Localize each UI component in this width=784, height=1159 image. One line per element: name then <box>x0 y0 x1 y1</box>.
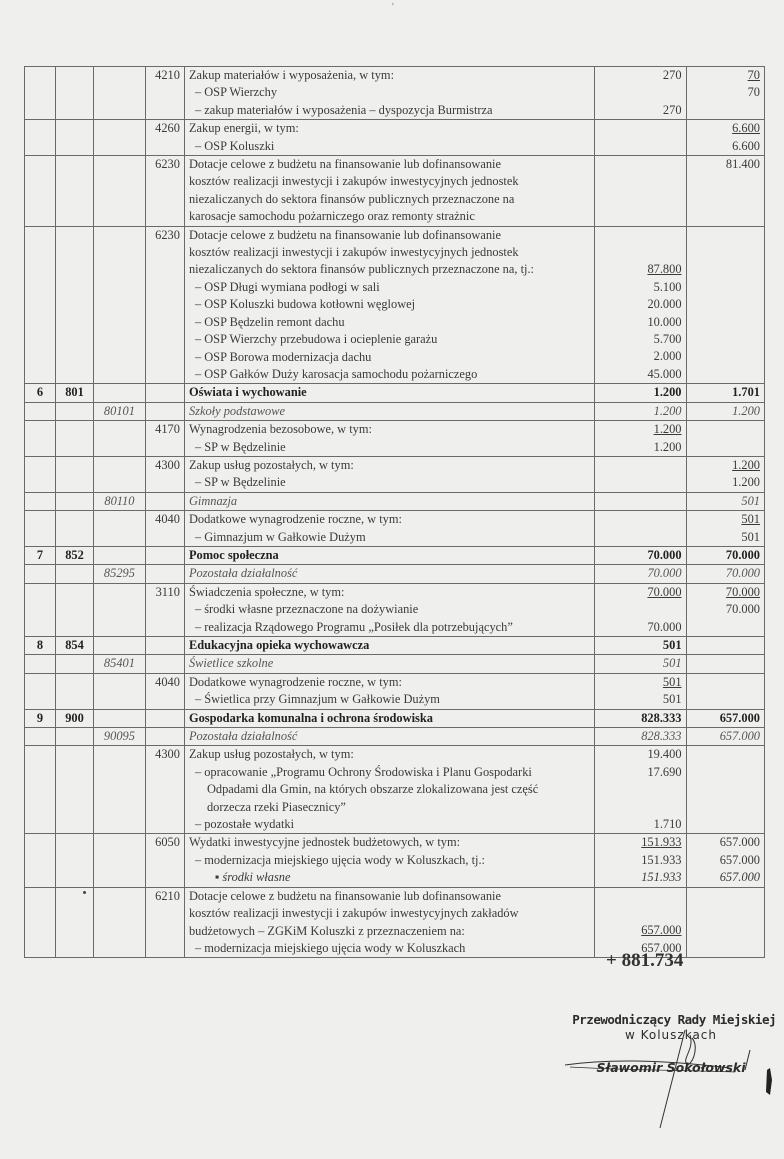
rozdzial-cell <box>94 746 146 834</box>
subsection-row: 85295Pozostała działalność70.00070.000 <box>25 565 765 583</box>
increase-cell: 70.000 <box>686 565 764 583</box>
paragraf-cell <box>145 384 184 402</box>
description-line: – SP w Będzelinie <box>189 439 590 456</box>
amount-decrease: 501 <box>599 637 682 654</box>
paragraf-cell <box>145 637 184 655</box>
amount-increase <box>691 279 760 296</box>
decrease-cell <box>594 156 686 227</box>
amount-decrease: 70.000 <box>599 547 682 564</box>
total-change: + 881.734 <box>606 950 683 972</box>
lp-cell <box>25 728 56 746</box>
amount-decrease: 5.100 <box>599 279 682 296</box>
dzial-cell <box>55 456 93 492</box>
increase-cell: 81.400 <box>686 156 764 227</box>
decrease-cell: 501501 <box>594 673 686 709</box>
lp-cell <box>25 120 56 156</box>
amount-increase: 501 <box>691 493 760 510</box>
paragraf-cell: 6230 <box>145 156 184 227</box>
paragraf-cell <box>145 565 184 583</box>
lp-cell <box>25 67 56 120</box>
description-line: niezaliczanych do sektora finansów publi… <box>189 261 590 278</box>
official-stamp: Przewodniczący Rady Miejskiej w Koluszka… <box>566 1012 776 1075</box>
amount-increase <box>691 208 760 225</box>
amount-increase: 70.000 <box>691 584 760 601</box>
lp-cell <box>25 834 56 887</box>
amount-decrease <box>599 138 682 155</box>
increase-cell: 7070 <box>686 67 764 120</box>
dzial-cell <box>55 655 93 673</box>
decrease-cell: 501 <box>594 637 686 655</box>
budget-table: 4210Zakup materiałów i wyposażenia, w ty… <box>24 66 765 958</box>
amount-decrease: 1.710 <box>599 816 682 833</box>
rozdzial-cell <box>94 673 146 709</box>
dzial-cell <box>55 887 93 958</box>
description-line: Dotacje celowe z budżetu na finansowanie… <box>189 888 590 905</box>
increase-cell <box>686 637 764 655</box>
rozdzial-cell <box>94 156 146 227</box>
rozdzial-cell <box>94 226 146 384</box>
amount-increase: 81.400 <box>691 156 760 173</box>
description-line: Świetlice szkolne <box>189 655 590 672</box>
amount-decrease <box>599 601 682 618</box>
decrease-cell <box>594 120 686 156</box>
increase-cell: 70.000 <box>686 546 764 564</box>
decrease-cell: 19.40017.6901.710 <box>594 746 686 834</box>
description-line: kosztów realizacji inwestycji i zakupów … <box>189 905 590 922</box>
lp-cell <box>25 655 56 673</box>
description-line: – OSP Długi wymiana podłogi w sali <box>189 279 590 296</box>
amount-increase <box>691 366 760 383</box>
amount-increase: 1.200 <box>691 457 760 474</box>
table-row: 4040Dodatkowe wynagrodzenie roczne, w ty… <box>25 511 765 547</box>
amount-increase: 657.000 <box>691 728 760 745</box>
amount-decrease <box>599 888 682 905</box>
description-line: dorzecza rzeki Piasecznicy” <box>189 799 590 816</box>
lp-cell <box>25 746 56 834</box>
description-line: Zakup materiałów i wyposażenia, w tym: <box>189 67 590 84</box>
amount-decrease: 151.933 <box>599 834 682 851</box>
paragraf-cell: 4210 <box>145 67 184 120</box>
scan-speck <box>83 891 86 894</box>
amount-decrease: 19.400 <box>599 746 682 763</box>
description-line: Pozostała działalność <box>189 565 590 582</box>
dzial-cell <box>55 226 93 384</box>
description-line: – opracowanie „Programu Ochrony Środowis… <box>189 764 590 781</box>
amount-increase <box>691 655 760 672</box>
amount-decrease <box>599 227 682 244</box>
dzial-cell <box>55 728 93 746</box>
amount-decrease: 828.333 <box>599 710 682 727</box>
amount-increase: 1.701 <box>691 384 760 401</box>
dzial-cell <box>55 746 93 834</box>
amount-decrease <box>599 474 682 491</box>
paragraf-cell: 4040 <box>145 673 184 709</box>
paragraf-cell: 4300 <box>145 746 184 834</box>
lp-cell <box>25 673 56 709</box>
paragraf-cell <box>145 492 184 510</box>
description-cell: Pozostała działalność <box>184 565 594 583</box>
amount-increase <box>691 764 760 781</box>
page-mark: ' <box>392 2 394 13</box>
amount-increase <box>691 102 760 119</box>
lp-cell: 8 <box>25 637 56 655</box>
increase-cell <box>686 226 764 384</box>
description-line: Odpadami dla Gmin, na których obszarze z… <box>189 781 590 798</box>
description-line: – modernizacja miejskiego ujęcia wody w … <box>189 852 590 869</box>
increase-cell: 657.000 <box>686 709 764 727</box>
amount-decrease: 270 <box>599 67 682 84</box>
amount-increase <box>691 244 760 261</box>
description-line: karosacje samochodu pożarniczego oraz re… <box>189 208 590 225</box>
description-line: – realizacja Rządowego Programu „Posiłek… <box>189 619 590 636</box>
dzial-cell <box>55 565 93 583</box>
description-cell: Szkoły podstawowe <box>184 402 594 420</box>
dzial-cell <box>55 673 93 709</box>
lp-cell: 9 <box>25 709 56 727</box>
dzial-cell: 854 <box>55 637 93 655</box>
description-cell: Zakup energii, w tym:– OSP Koluszki <box>184 120 594 156</box>
subsection-row: 85401Świetlice szkolne501 <box>25 655 765 673</box>
description-cell: Dotacje celowe z budżetu na finansowanie… <box>184 226 594 384</box>
description-line: – pozostałe wydatki <box>189 816 590 833</box>
lp-cell <box>25 511 56 547</box>
amount-increase <box>691 191 760 208</box>
decrease-cell: 87.8005.10020.00010.0005.7002.00045.000 <box>594 226 686 384</box>
amount-decrease <box>599 511 682 528</box>
rozdzial-cell: 85401 <box>94 655 146 673</box>
lp-cell <box>25 226 56 384</box>
description-line: – OSP Wierzchy przebudowa i ocieplenie g… <box>189 331 590 348</box>
increase-cell <box>686 887 764 958</box>
amount-increase <box>691 421 760 438</box>
rozdzial-cell <box>94 887 146 958</box>
dzial-cell <box>55 834 93 887</box>
description-cell: Pomoc społeczna <box>184 546 594 564</box>
increase-cell: 6.6006.600 <box>686 120 764 156</box>
decrease-cell: 828.333 <box>594 728 686 746</box>
description-line: budżetowych – ZGKiM Koluszki z przeznacz… <box>189 923 590 940</box>
dzial-cell <box>55 421 93 457</box>
description-line: ▪ środki własne <box>189 869 590 886</box>
dzial-cell <box>55 156 93 227</box>
description-cell: Dodatkowe wynagrodzenie roczne, w tym:– … <box>184 673 594 709</box>
dzial-cell: 801 <box>55 384 93 402</box>
description-cell: Zakup materiałów i wyposażenia, w tym:– … <box>184 67 594 120</box>
amount-increase <box>691 348 760 365</box>
lp-cell <box>25 456 56 492</box>
amount-increase <box>691 637 760 654</box>
amount-decrease <box>599 457 682 474</box>
paragraf-cell <box>145 546 184 564</box>
description-line: – OSP Koluszki <box>189 138 590 155</box>
paragraf-cell: 6050 <box>145 834 184 887</box>
lp-cell <box>25 565 56 583</box>
description-cell: Wydatki inwestycyjne jednostek budżetowy… <box>184 834 594 887</box>
amount-increase <box>691 888 760 905</box>
section-row: 9900Gospodarka komunalna i ochrona środo… <box>25 709 765 727</box>
amount-increase: 657.000 <box>691 710 760 727</box>
decrease-cell: 151.933151.933151.933 <box>594 834 686 887</box>
paragraf-cell: 6230 <box>145 226 184 384</box>
amount-decrease: 20.000 <box>599 296 682 313</box>
dzial-cell <box>55 67 93 120</box>
decrease-cell: 1.200 <box>594 384 686 402</box>
amount-decrease: 828.333 <box>599 728 682 745</box>
description-cell: Dodatkowe wynagrodzenie roczne, w tym:– … <box>184 511 594 547</box>
amount-decrease: 1.200 <box>599 421 682 438</box>
table-row: 4210Zakup materiałów i wyposażenia, w ty… <box>25 67 765 120</box>
amount-increase <box>691 922 760 939</box>
stamp-title: Przewodniczący Rady Miejskiej <box>566 1012 776 1027</box>
description-line: Dotacje celowe z budżetu na finansowanie… <box>189 156 590 173</box>
description-line: Wynagrodzenia bezosobowe, w tym: <box>189 421 590 438</box>
amount-increase <box>691 674 760 691</box>
description-line: Świadczenia społeczne, w tym: <box>189 584 590 601</box>
decrease-cell: 1.2001.200 <box>594 421 686 457</box>
amount-decrease: 501 <box>599 674 682 691</box>
amount-increase <box>691 940 760 957</box>
description-cell: Świetlice szkolne <box>184 655 594 673</box>
amount-decrease: 5.700 <box>599 331 682 348</box>
amount-increase <box>691 619 760 636</box>
lp-cell: 6 <box>25 384 56 402</box>
description-line: Oświata i wychowanie <box>189 384 590 401</box>
amount-increase <box>691 439 760 456</box>
description-line: Gimnazja <box>189 493 590 510</box>
amount-increase: 1.200 <box>691 474 760 491</box>
decrease-cell: 70.00070.000 <box>594 583 686 636</box>
lp-cell <box>25 887 56 958</box>
rozdzial-cell: 90095 <box>94 728 146 746</box>
description-line: – Gimnazjum w Gałkowie Dużym <box>189 529 590 546</box>
table-row: 4300Zakup usług pozostałych, w tym:– opr… <box>25 746 765 834</box>
paragraf-cell: 4300 <box>145 456 184 492</box>
amount-decrease: 17.690 <box>599 764 682 781</box>
description-cell: Zakup usług pozostałych, w tym:– SP w Bę… <box>184 456 594 492</box>
description-line: Zakup usług pozostałych, w tym: <box>189 746 590 763</box>
decrease-cell: 270270 <box>594 67 686 120</box>
amount-decrease: 70.000 <box>599 619 682 636</box>
increase-cell: 70.00070.000 <box>686 583 764 636</box>
description-line: – OSP Gałków Duży karosacja samochodu po… <box>189 366 590 383</box>
table-row: 6050Wydatki inwestycyjne jednostek budże… <box>25 834 765 887</box>
amount-increase <box>691 314 760 331</box>
amount-decrease <box>599 120 682 137</box>
amount-decrease: 1.200 <box>599 384 682 401</box>
rozdzial-cell <box>94 834 146 887</box>
dzial-cell <box>55 583 93 636</box>
rozdzial-cell <box>94 456 146 492</box>
amount-increase <box>691 816 760 833</box>
increase-cell <box>686 421 764 457</box>
amount-increase: 70.000 <box>691 547 760 564</box>
description-line: Dodatkowe wynagrodzenie roczne, w tym: <box>189 674 590 691</box>
rozdzial-cell <box>94 546 146 564</box>
rozdzial-cell: 80110 <box>94 492 146 510</box>
rozdzial-cell <box>94 421 146 457</box>
amount-increase: 501 <box>691 511 760 528</box>
description-cell: Oświata i wychowanie <box>184 384 594 402</box>
description-line: – OSP Koluszki budowa kotłowni węglowej <box>189 296 590 313</box>
amount-decrease <box>599 905 682 922</box>
amount-decrease: 1.200 <box>599 439 682 456</box>
increase-cell: 501501 <box>686 511 764 547</box>
amount-increase: 657.000 <box>691 869 760 886</box>
description-line: Gospodarka komunalna i ochrona środowisk… <box>189 710 590 727</box>
stamp-name: Sławomir Sokołowski <box>566 1060 776 1075</box>
description-line: kosztów realizacji inwestycji i zakupów … <box>189 173 590 190</box>
description-cell: Wynagrodzenia bezosobowe, w tym:– SP w B… <box>184 421 594 457</box>
amount-decrease <box>599 244 682 261</box>
dzial-cell <box>55 120 93 156</box>
amount-increase <box>691 173 760 190</box>
description-line: – zakup materiałów i wyposażenia – dyspo… <box>189 102 590 119</box>
description-line: Wydatki inwestycyjne jednostek budżetowy… <box>189 834 590 851</box>
decrease-cell: 70.000 <box>594 546 686 564</box>
decrease-cell <box>594 511 686 547</box>
paragraf-cell <box>145 709 184 727</box>
paragraf-cell <box>145 728 184 746</box>
amount-increase <box>691 296 760 313</box>
description-line: Szkoły podstawowe <box>189 403 590 420</box>
amount-decrease <box>599 529 682 546</box>
amount-increase <box>691 227 760 244</box>
increase-cell <box>686 746 764 834</box>
rozdzial-cell: 85295 <box>94 565 146 583</box>
description-line: – OSP Wierzchy <box>189 84 590 101</box>
amount-decrease: 657.000 <box>599 922 682 939</box>
paragraf-cell: 3110 <box>145 583 184 636</box>
decrease-cell: 501 <box>594 655 686 673</box>
decrease-cell: 70.000 <box>594 565 686 583</box>
amount-increase: 70.000 <box>691 565 760 582</box>
table-row: 6230Dotacje celowe z budżetu na finansow… <box>25 156 765 227</box>
decrease-cell: 1.200 <box>594 402 686 420</box>
amount-increase: 657.000 <box>691 852 760 869</box>
dzial-cell: 900 <box>55 709 93 727</box>
increase-cell: 657.000657.000657.000 <box>686 834 764 887</box>
amount-decrease: 10.000 <box>599 314 682 331</box>
amount-decrease <box>599 156 682 173</box>
increase-cell: 501 <box>686 492 764 510</box>
table-row: 3110Świadczenia społeczne, w tym:– środk… <box>25 583 765 636</box>
amount-decrease: 70.000 <box>599 584 682 601</box>
amount-decrease: 1.200 <box>599 403 682 420</box>
description-line: – OSP Borowa modernizacja dachu <box>189 349 590 366</box>
amount-increase: 70 <box>691 84 760 101</box>
amount-increase: 70.000 <box>691 601 760 618</box>
lp-cell: 7 <box>25 546 56 564</box>
increase-cell: 1.200 <box>686 402 764 420</box>
description-line: – Świetlica przy Gimnazjum w Gałkowie Du… <box>189 691 590 708</box>
section-row: 8854Edukacyjna opieka wychowawcza501 <box>25 637 765 655</box>
amount-increase <box>691 781 760 798</box>
amount-decrease: 2.000 <box>599 348 682 365</box>
table-row: 4260Zakup energii, w tym:– OSP Koluszki6… <box>25 120 765 156</box>
amount-decrease <box>599 208 682 225</box>
increase-cell <box>686 673 764 709</box>
amount-decrease <box>599 191 682 208</box>
description-cell: Dotacje celowe z budżetu na finansowanie… <box>184 887 594 958</box>
description-cell: Dotacje celowe z budżetu na finansowanie… <box>184 156 594 227</box>
amount-increase <box>691 691 760 708</box>
amount-decrease <box>599 84 682 101</box>
table-row: 4040Dodatkowe wynagrodzenie roczne, w ty… <box>25 673 765 709</box>
amount-decrease: 501 <box>599 655 682 672</box>
increase-cell: 657.000 <box>686 728 764 746</box>
amount-decrease: 70.000 <box>599 565 682 582</box>
rozdzial-cell <box>94 637 146 655</box>
subsection-row: 80101Szkoły podstawowe1.2001.200 <box>25 402 765 420</box>
lp-cell <box>25 492 56 510</box>
amount-decrease: 501 <box>599 691 682 708</box>
paragraf-cell <box>145 655 184 673</box>
increase-cell <box>686 655 764 673</box>
paragraf-cell: 6210 <box>145 887 184 958</box>
description-cell: Edukacyjna opieka wychowawcza <box>184 637 594 655</box>
description-cell: Świadczenia społeczne, w tym:– środki wł… <box>184 583 594 636</box>
description-cell: Gospodarka komunalna i ochrona środowisk… <box>184 709 594 727</box>
rozdzial-cell <box>94 583 146 636</box>
description-line: niezaliczanych do sektora finansów publi… <box>189 191 590 208</box>
description-line: kosztów realizacji inwestycji i zakupów … <box>189 244 590 261</box>
dzial-cell <box>55 511 93 547</box>
decrease-cell <box>594 492 686 510</box>
description-cell: Pozostała działalność <box>184 728 594 746</box>
decrease-cell: 828.333 <box>594 709 686 727</box>
amount-decrease: 45.000 <box>599 366 682 383</box>
amount-decrease <box>599 493 682 510</box>
amount-decrease: 270 <box>599 102 682 119</box>
amount-increase <box>691 331 760 348</box>
section-row: 6801Oświata i wychowanie1.2001.701 <box>25 384 765 402</box>
dzial-cell <box>55 492 93 510</box>
amount-decrease <box>599 173 682 190</box>
increase-cell: 1.2001.200 <box>686 456 764 492</box>
paragraf-cell: 4260 <box>145 120 184 156</box>
lp-cell <box>25 421 56 457</box>
paragraf-cell <box>145 402 184 420</box>
decrease-cell: 657.000657.000 <box>594 887 686 958</box>
description-line: Edukacyjna opieka wychowawcza <box>189 637 590 654</box>
subsection-row: 90095Pozostała działalność828.333657.000 <box>25 728 765 746</box>
amount-increase: 657.000 <box>691 834 760 851</box>
lp-cell <box>25 156 56 227</box>
description-line: – modernizacja miejskiego ujęcia wody w … <box>189 940 590 957</box>
rozdzial-cell <box>94 384 146 402</box>
paragraf-cell: 4040 <box>145 511 184 547</box>
rozdzial-cell <box>94 67 146 120</box>
table-row: 4300Zakup usług pozostałych, w tym:– SP … <box>25 456 765 492</box>
amount-increase <box>691 905 760 922</box>
table-row: 6210Dotacje celowe z budżetu na finansow… <box>25 887 765 958</box>
amount-increase: 70 <box>691 67 760 84</box>
description-line: Dotacje celowe z budżetu na finansowanie… <box>189 227 590 244</box>
description-line: – środki własne przeznaczone na dożywian… <box>189 601 590 618</box>
amount-increase <box>691 261 760 278</box>
description-line: – SP w Będzelinie <box>189 474 590 491</box>
subsection-row: 80110Gimnazja501 <box>25 492 765 510</box>
amount-decrease: 87.800 <box>599 261 682 278</box>
amount-increase: 501 <box>691 529 760 546</box>
amount-decrease <box>599 781 682 798</box>
amount-increase <box>691 746 760 763</box>
amount-increase: 1.200 <box>691 403 760 420</box>
paragraf-cell: 4170 <box>145 421 184 457</box>
lp-cell <box>25 583 56 636</box>
stamp-place: w Koluszkach <box>566 1028 776 1042</box>
amount-decrease: 151.933 <box>599 869 682 886</box>
